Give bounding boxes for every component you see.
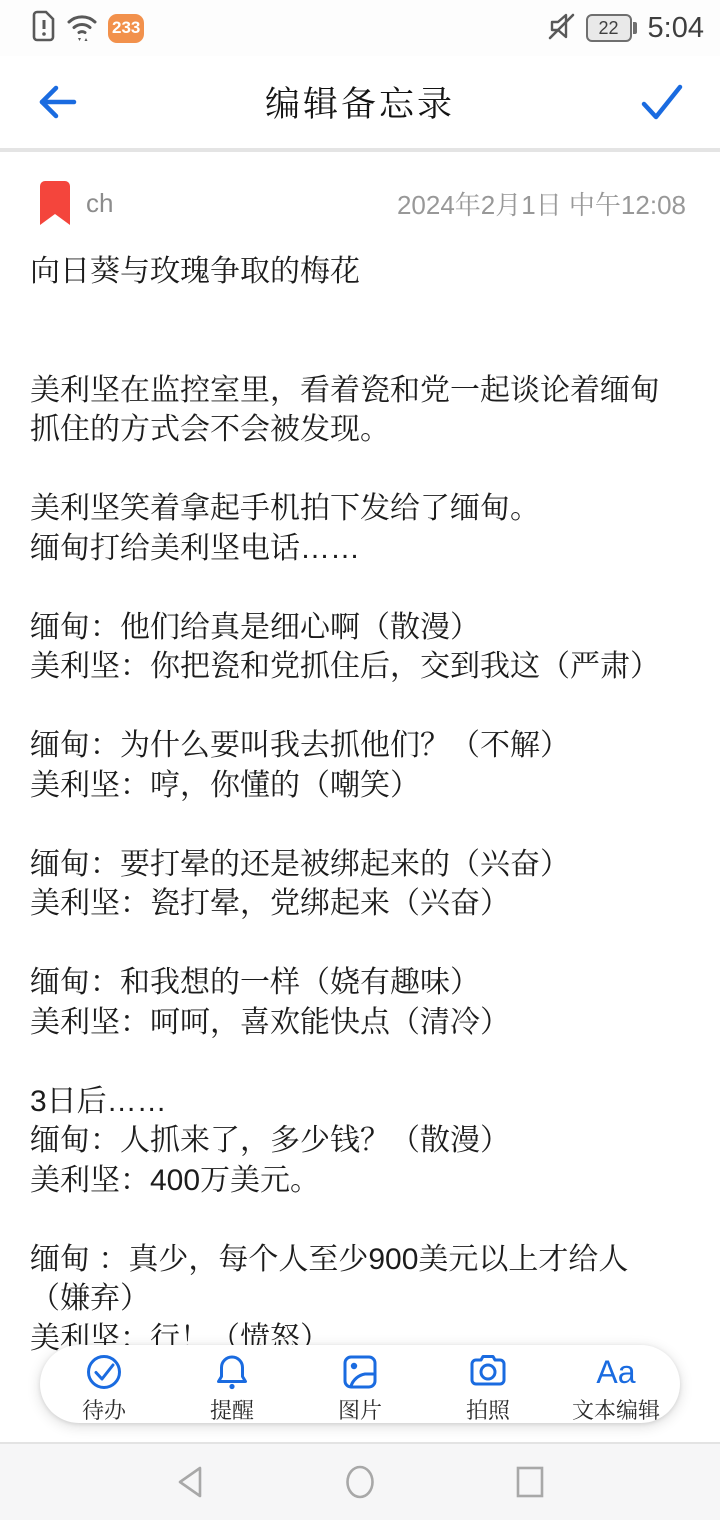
page-title: 编辑备忘录 (0, 77, 720, 127)
mute-icon (547, 11, 577, 46)
text-edit-glyph: Aa (596, 1353, 635, 1391)
note-datetime: 2024年2月1日 中午12:08 (397, 185, 686, 222)
nav-back-button[interactable] (160, 1452, 220, 1512)
camera-icon (468, 1353, 508, 1391)
bookmark-icon[interactable] (40, 181, 70, 225)
back-button[interactable] (30, 78, 82, 126)
toolbar-item-text-edit[interactable]: Aa 文本编辑 (552, 1345, 680, 1423)
toolbar-item-label: 文本编辑 (572, 1394, 660, 1425)
home-circle-icon (344, 1464, 376, 1500)
todo-check-circle-icon (85, 1353, 123, 1391)
nav-home-button[interactable] (330, 1452, 390, 1512)
sim-alert-icon (32, 10, 56, 47)
reminder-bell-icon (213, 1353, 251, 1391)
toolbar-item-label: 待办 (82, 1394, 126, 1425)
note-tag-label: ch (86, 188, 397, 219)
header-divider (0, 148, 720, 152)
navbar-buttons (120, 1452, 600, 1512)
note-meta: ch 2024年2月1日 中午12:08 (40, 180, 686, 226)
toolbar-item-todo[interactable]: 待办 (40, 1345, 168, 1423)
recents-square-icon (515, 1465, 545, 1499)
toolbar-item-label: 拍照 (466, 1394, 510, 1425)
toolbar-item-label: 提醒 (210, 1394, 254, 1425)
confirm-button[interactable] (634, 78, 690, 126)
nav-recents-button[interactable] (500, 1452, 560, 1512)
battery-icon: 22 (586, 14, 637, 42)
picture-icon (341, 1353, 379, 1391)
status-bar: 233 22 5:04 (0, 0, 720, 56)
text-edit-icon: Aa (596, 1353, 635, 1391)
header: 编辑备忘录 (0, 56, 720, 148)
battery-nub (633, 22, 637, 34)
back-arrow-icon (32, 80, 80, 124)
check-icon (636, 80, 688, 124)
toolbar-item-reminder[interactable]: 提醒 (168, 1345, 296, 1423)
notification-count-badge: 233 (108, 14, 144, 43)
note-body-editor[interactable]: 向日葵与玫瑰争取的梅花 美利坚在监控室里，看着瓷和党一起谈论着缅甸 抓住的方式会… (30, 252, 692, 1362)
toolbar-item-camera[interactable]: 拍照 (424, 1345, 552, 1423)
toolbar-item-label: 图片 (338, 1394, 382, 1425)
battery-level: 22 (586, 14, 632, 42)
status-bar-right: 22 5:04 (547, 11, 704, 46)
toolbar-item-picture[interactable]: 图片 (296, 1345, 424, 1423)
status-bar-left: 233 (32, 10, 144, 47)
system-navbar (0, 1442, 720, 1520)
back-triangle-icon (175, 1465, 205, 1499)
note-toolbar: 待办 提醒 图片 拍照 Aa (40, 1345, 680, 1423)
status-time: 5:04 (648, 12, 704, 45)
wifi-icon (65, 10, 99, 47)
